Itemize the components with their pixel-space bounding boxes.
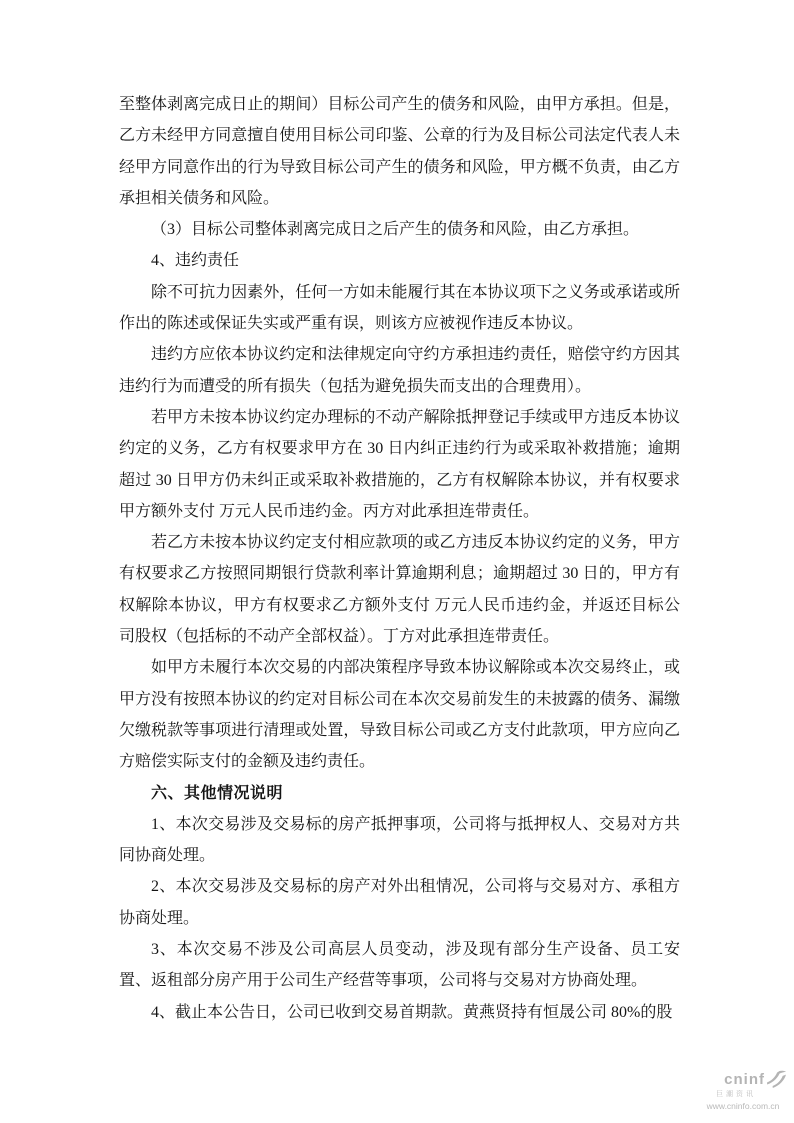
document-body: 至整体剥离完成日止的期间）目标公司产生的债务和风险，由甲方承担。但是，乙方未经甲… [119, 89, 680, 1028]
paragraph-breach-definition: 除不可抗力因素外，任何一方如未能履行其在本协议项下之义务或承诺或所作出的陈述或保… [119, 277, 680, 340]
paragraph-party-b-breach-terms: 若乙方未按本协议约定支付相应款项的或乙方违反本协议约定的义务，甲方有权要求乙方按… [119, 527, 680, 652]
heading-other-notes: 六、其他情况说明 [119, 778, 680, 809]
cninfo-logo-text: cninf [724, 1072, 765, 1087]
cninfo-swirl-icon [766, 1070, 787, 1089]
document-page: 至整体剥离完成日止的期间）目标公司产生的债务和风险，由甲方承担。但是，乙方未经甲… [0, 0, 794, 1123]
paragraph-note1-mortgage: 1、本次交易涉及交易标的房产抵押事项，公司将与抵押权人、交易对方共同协商处理。 [119, 809, 680, 872]
paragraph-breach-compensation: 违约方应依本协议约定和法律规定向守约方承担违约责任，赔偿守约方因其违约行为而遭受… [119, 339, 680, 402]
heading-breach-liability: 4、违约责任 [119, 245, 680, 276]
paragraph-note3-personnel: 3、本次交易不涉及公司高层人员变动，涉及现有部分生产设备、员工安置、返租部分房产… [119, 934, 680, 997]
cninfo-logo-row: cninf [697, 1070, 789, 1089]
paragraph-party-a-breach-terms: 若甲方未按本协议约定办理标的不动产解除抵押登记手续或甲方违反本协议约定的义务，乙… [119, 402, 680, 527]
paragraph-debts-before-completion: 至整体剥离完成日止的期间）目标公司产生的债务和风险，由甲方承担。但是，乙方未经甲… [119, 89, 680, 214]
paragraph-item3-debts-after-completion: （3）目标公司整体剥离完成日之后产生的债务和风险，由乙方承担。 [119, 214, 680, 245]
paragraph-note2-lease: 2、本次交易涉及交易标的房产对外出租情况，公司将与交易对方、承租方协商处理。 [119, 871, 680, 934]
cninfo-brand-chinese: 巨潮资讯 [697, 1089, 789, 1099]
cninfo-watermark: cninf 巨潮资讯 www.cninfo.com.cn [697, 1070, 789, 1111]
paragraph-note4-first-payment: 4、截止本公告日，公司已收到交易首期款。黄燕贤持有恒晟公司 80%的股 [119, 997, 680, 1028]
cninfo-url: www.cninfo.com.cn [697, 1101, 789, 1111]
paragraph-party-a-internal-approval: 如甲方未履行本次交易的内部决策程序导致本协议解除或本次交易终止，或甲方没有按照本… [119, 652, 680, 777]
